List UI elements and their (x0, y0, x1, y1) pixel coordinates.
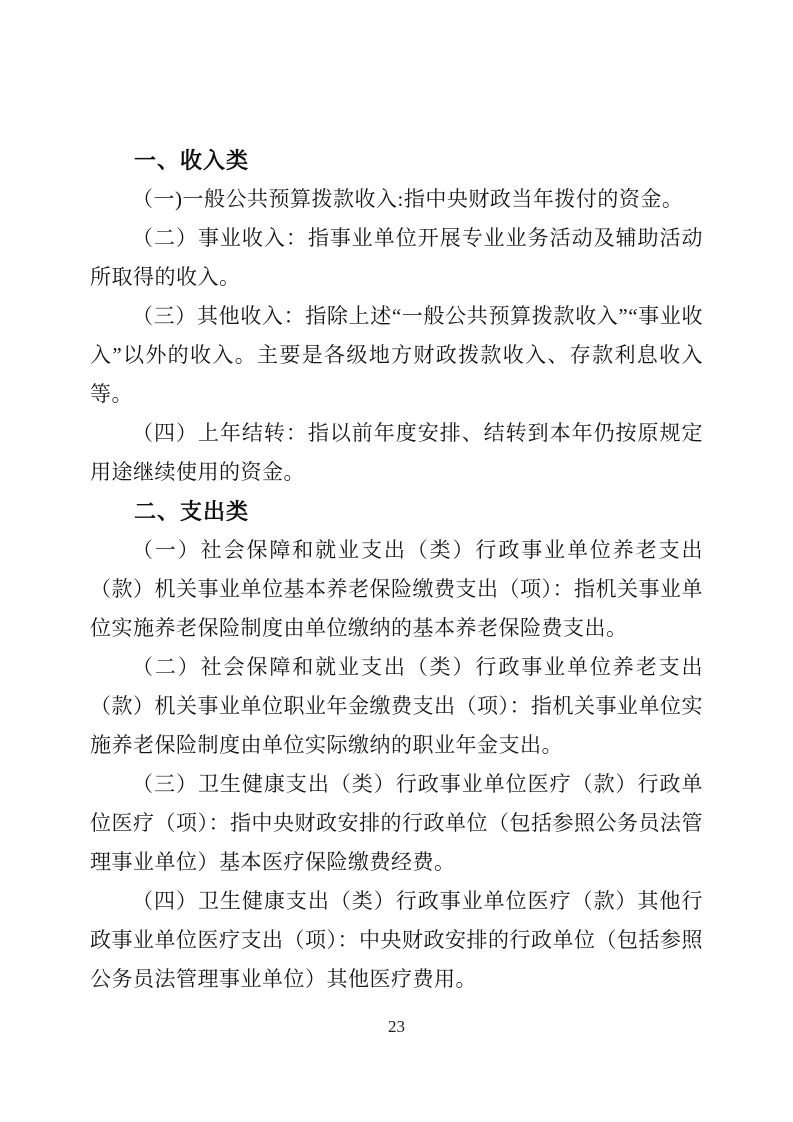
paragraph-expenditure-4: （四）卫生健康支出（类）行政事业单位医疗（款）其他行政事业单位医疗支出（项）：中… (90, 882, 703, 999)
document-page: 一、收入类 （一)一般公共预算拨款收入:指中央财政当年拨付的资金。 （二）事业收… (0, 0, 793, 1122)
paragraph-income-3: （三）其他收入：指除上述“一般公共预算拨款收入”“事业收入”以外的收入。主要是各… (90, 297, 703, 414)
page-number: 23 (0, 1016, 793, 1038)
section-heading-income: 一、收入类 (90, 141, 703, 180)
paragraph-expenditure-3: （三）卫生健康支出（类）行政事业单位医疗（款）行政单位医疗（项）：指中央财政安排… (90, 765, 703, 882)
paragraph-expenditure-2: （二）社会保障和就业支出（类）行政事业单位养老支出（款）机关事业单位职业年金缴费… (90, 648, 703, 765)
paragraph-income-4: （四）上年结转：指以前年度安排、结转到本年仍按原规定用途继续使用的资金。 (90, 414, 703, 492)
document-content: 一、收入类 （一)一般公共预算拨款收入:指中央财政当年拨付的资金。 （二）事业收… (90, 141, 703, 999)
paragraph-expenditure-1: （一）社会保障和就业支出（类）行政事业单位养老支出（款）机关事业单位基本养老保险… (90, 531, 703, 648)
paragraph-income-1: （一)一般公共预算拨款收入:指中央财政当年拨付的资金。 (90, 180, 703, 219)
section-heading-expenditure: 二、支出类 (90, 492, 703, 531)
paragraph-income-2: （二）事业收入：指事业单位开展专业业务活动及辅助活动所取得的收入。 (90, 219, 703, 297)
